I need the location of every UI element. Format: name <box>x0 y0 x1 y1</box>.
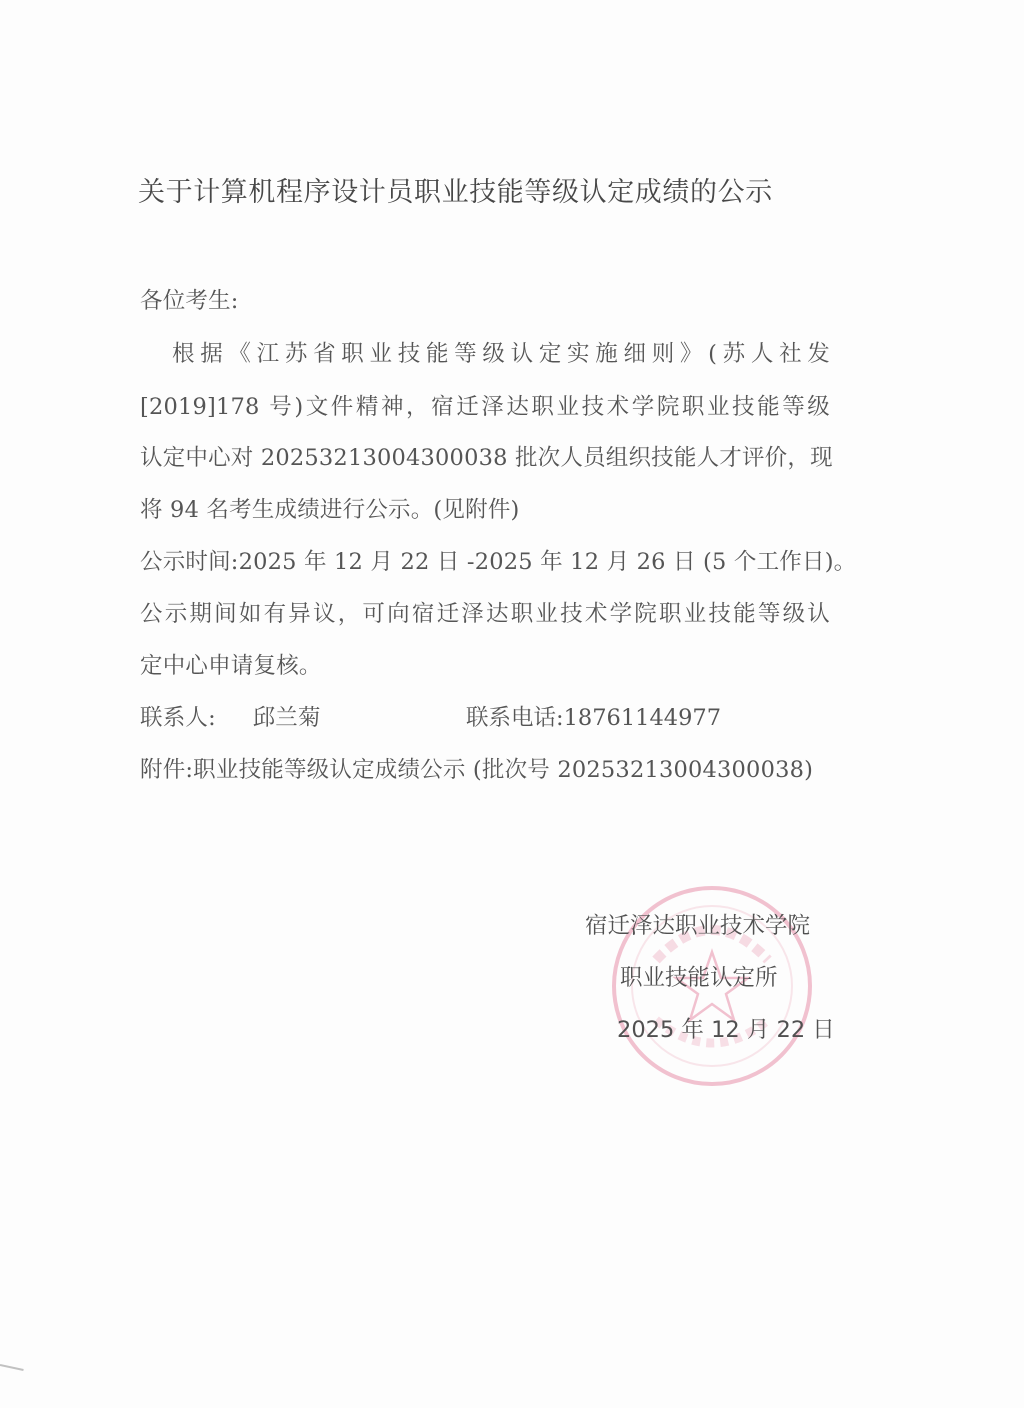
signature-date: 2025 年 12 月 22 日 <box>617 1012 835 1044</box>
document-page: 关于计算机程序设计员职业技能等级认定成绩的公示 各位考生: 根据《江苏省职业技能… <box>0 0 1024 1408</box>
scan-artifact-mark <box>0 1364 24 1371</box>
objection-line-2: 定中心申请复核。 <box>140 648 322 680</box>
signature-organization: 宿迁泽达职业技术学院 <box>585 908 810 940</box>
body-line-3: 认定中心对 20253213004300038 批次人员组织技能人才评价，现 <box>140 440 830 472</box>
contact-person: 联系人: 邱兰菊 <box>140 700 321 732</box>
contact-phone: 联系电话:18761144977 <box>466 700 721 732</box>
contact-person-name: 邱兰菊 <box>253 705 321 731</box>
attachment-line: 附件:职业技能等级认定成绩公示 (批次号 20253213004300038) <box>140 752 813 784</box>
document-title: 关于计算机程序设计员职业技能等级认定成绩的公示 <box>138 170 838 209</box>
publicity-period: 公示时间:2025 年 12 月 22 日 -2025 年 12 月 26 日 … <box>140 544 856 576</box>
salutation: 各位考生: <box>140 283 239 315</box>
body-line-1: 根据《江苏省职业技能等级认定实施细则》(苏人社发 <box>172 336 830 368</box>
body-line-2: [2019]178 号)文件精神，宿迁泽达职业技术学院职业技能等级 <box>140 389 830 421</box>
body-line-4: 将 94 名考生成绩进行公示。(见附件) <box>140 492 520 524</box>
contact-phone-number: 18761144977 <box>564 705 721 731</box>
contact-person-label: 联系人: <box>140 705 216 731</box>
signature-department: 职业技能认定所 <box>620 960 778 992</box>
objection-line-1: 公示期间如有异议，可向宿迁泽达职业技术学院职业技能等级认 <box>140 596 830 628</box>
contact-phone-label: 联系电话: <box>466 705 564 731</box>
